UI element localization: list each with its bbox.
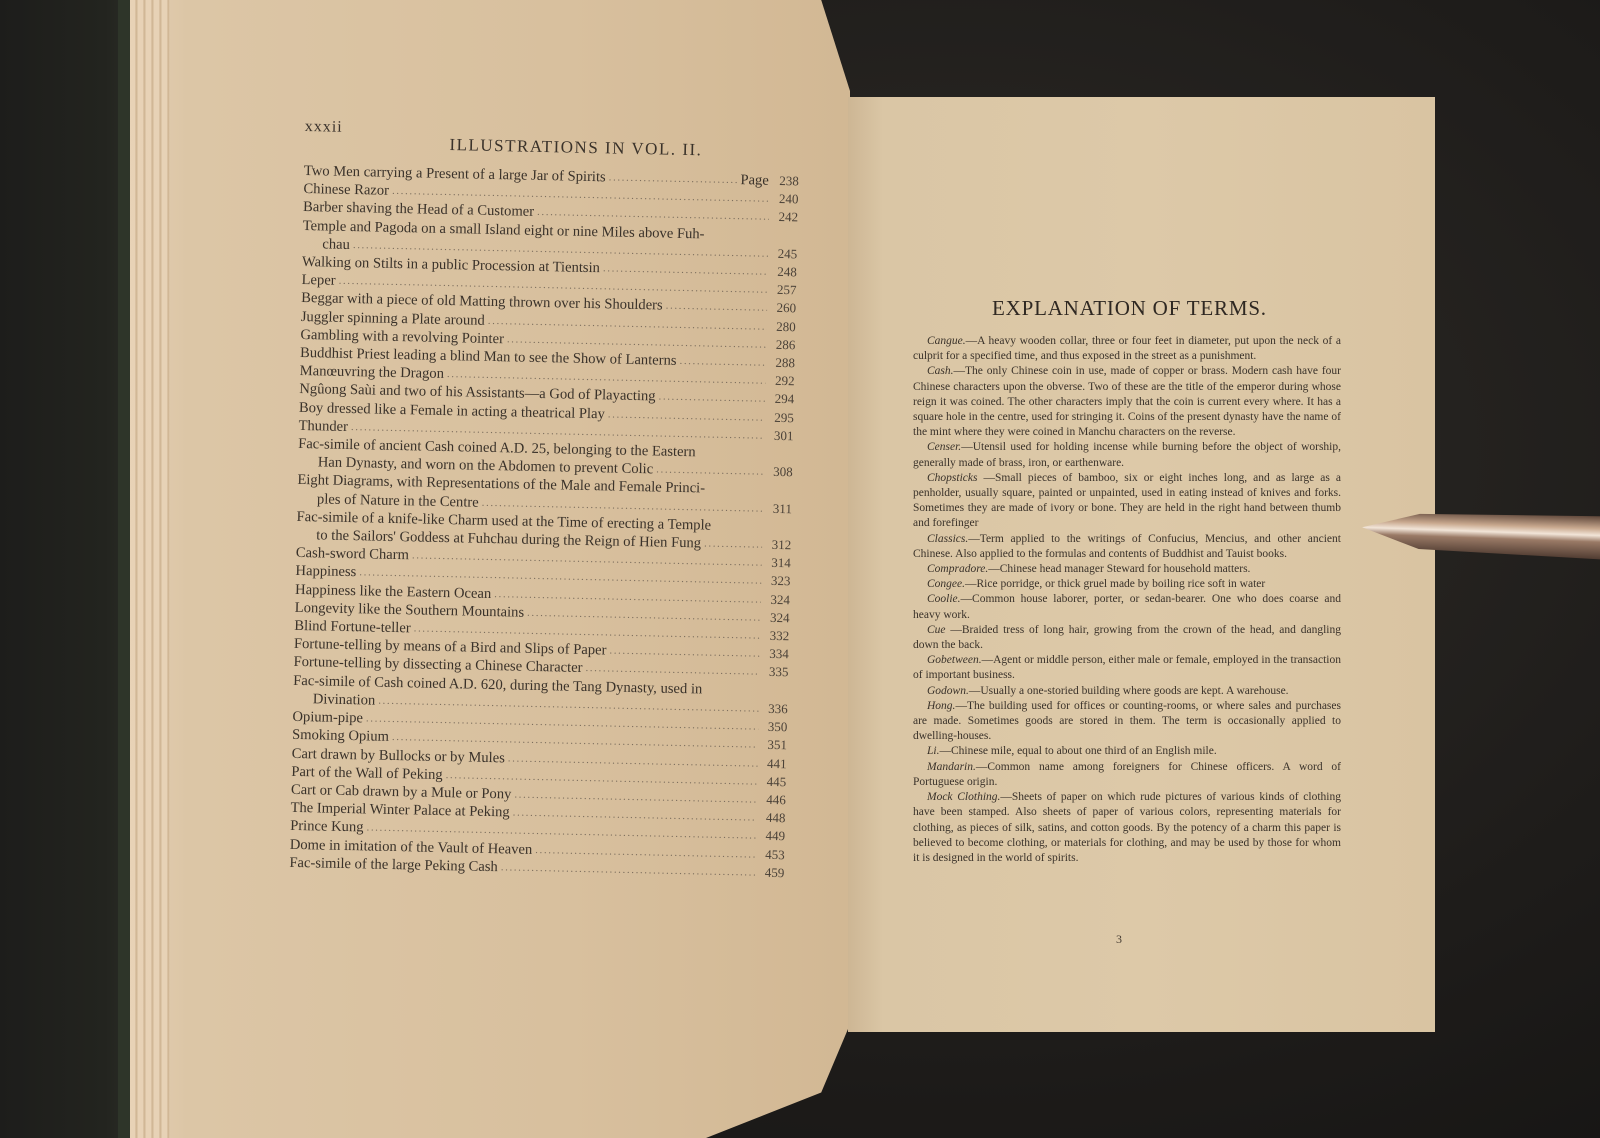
item-page: 286 xyxy=(769,336,795,355)
item-page: 323 xyxy=(764,572,790,591)
item-page: 459 xyxy=(758,863,784,882)
item-page: 314 xyxy=(765,554,791,573)
term-definition: —The only Chinese coin in use, made of c… xyxy=(913,365,1341,438)
item-page: 324 xyxy=(763,609,789,628)
term-definition: —The building used for offices or counti… xyxy=(913,700,1341,742)
item-title: Chinese Razor xyxy=(303,180,389,200)
term-definition: —Common house laborer, porter, or sedan-… xyxy=(913,593,1341,620)
term-definition: —Chinese mile, equal to about one third … xyxy=(939,745,1216,757)
item-page: 240 xyxy=(772,190,798,209)
term-entry: Cash.—The only Chinese coin in use, made… xyxy=(913,364,1341,440)
term-name: Cue xyxy=(927,624,946,636)
item-page: 446 xyxy=(760,791,786,810)
page-stack-edges xyxy=(130,0,170,1138)
term-definition: —Small pieces of bamboo, six or eight in… xyxy=(913,472,1341,530)
term-entry: Godown.—Usually a one-storied building w… xyxy=(913,684,1341,699)
page-label: Page xyxy=(740,171,769,190)
term-name: Censer. xyxy=(927,441,961,453)
term-name: Mock Clothing. xyxy=(927,791,1000,803)
item-page: 336 xyxy=(762,700,788,719)
term-entry: Chopsticks —Small pieces of bamboo, six … xyxy=(913,471,1341,532)
term-definition: —Utensil used for holding incense while … xyxy=(913,441,1341,468)
item-page: 351 xyxy=(761,736,787,755)
item-page: 288 xyxy=(769,354,795,373)
term-name: Godown. xyxy=(927,685,969,697)
item-title-continuation: Divination xyxy=(293,690,376,710)
term-name: Compradore. xyxy=(927,563,988,575)
item-page: 448 xyxy=(759,809,785,828)
item-title: Happiness xyxy=(295,562,356,581)
term-entry: Compradore.—Chinese head manager Steward… xyxy=(913,562,1341,577)
item-page: 324 xyxy=(764,590,790,609)
term-definition: —Chinese head manager Steward for househ… xyxy=(988,563,1250,575)
leader-dots xyxy=(665,297,767,317)
item-page: 441 xyxy=(760,754,786,773)
item-page: 335 xyxy=(762,663,788,682)
leader-dots xyxy=(679,352,766,372)
term-entry: Coolie.—Common house laborer, porter, or… xyxy=(913,592,1341,622)
left-page-content: xxxii ILLUSTRATIONS IN VOL. II. Two Men … xyxy=(289,118,800,882)
term-definition: —A heavy wooden collar, three or four fe… xyxy=(913,335,1341,362)
item-title: Opium-pipe xyxy=(292,708,363,728)
item-title: Prince Kung xyxy=(290,817,364,837)
term-entry: Mock Clothing.—Sheets of paper on which … xyxy=(913,790,1341,866)
term-name: Chopsticks xyxy=(927,472,977,484)
term-name: Gobetween. xyxy=(927,654,982,666)
item-page: 294 xyxy=(768,390,794,409)
item-page: 238 xyxy=(773,172,799,191)
term-name: Mandarin. xyxy=(927,761,976,773)
item-page: 453 xyxy=(758,845,784,864)
term-name: Cangue. xyxy=(927,335,966,347)
term-definition: —Usually a one-storied building where go… xyxy=(969,685,1289,697)
terms-title: EXPLANATION OF TERMS. xyxy=(992,296,1267,321)
page-number: 3 xyxy=(1116,932,1122,947)
item-title: Thunder xyxy=(298,417,348,436)
term-name: Cash. xyxy=(927,365,954,377)
term-definition: —Term applied to the writings of Confuci… xyxy=(913,533,1341,560)
term-entry: Cangue.—A heavy wooden collar, three or … xyxy=(913,334,1341,364)
item-title: Blind Fortune-teller xyxy=(294,617,411,638)
term-name: Classics. xyxy=(927,533,968,545)
item-page: 292 xyxy=(768,372,794,391)
item-page: 301 xyxy=(767,427,793,446)
item-page: 242 xyxy=(772,208,798,227)
item-page: 449 xyxy=(759,827,785,846)
item-page: 245 xyxy=(771,245,797,264)
term-definition: —Braided tress of long hair, growing fro… xyxy=(913,624,1341,651)
terms-list: Cangue.—A heavy wooden collar, three or … xyxy=(913,334,1341,866)
term-entry: Censer.—Utensil used for holding incense… xyxy=(913,440,1341,470)
item-title: Leper xyxy=(301,271,335,290)
term-name: Hong. xyxy=(927,700,955,712)
leader-dots xyxy=(658,388,765,408)
page-title: ILLUSTRATIONS IN VOL. II. xyxy=(449,135,702,160)
item-title: Cash-sword Charm xyxy=(296,544,409,565)
term-name: Li. xyxy=(927,745,939,757)
term-entry: Cue —Braided tress of long hair, growing… xyxy=(913,623,1341,653)
term-name: Congee. xyxy=(927,578,965,590)
item-page: 332 xyxy=(763,627,789,646)
item-page: 312 xyxy=(765,536,791,555)
item-page: 295 xyxy=(768,408,794,427)
item-page: 445 xyxy=(760,772,786,791)
term-entry: Mandarin.—Common name among foreigners f… xyxy=(913,760,1341,790)
item-page: 308 xyxy=(766,463,792,482)
term-definition: —Rice porridge, or thick gruel made by b… xyxy=(965,578,1265,590)
item-page: 248 xyxy=(771,263,797,282)
term-entry: Gobetween.—Agent or middle person, eithe… xyxy=(913,653,1341,683)
term-entry: Classics.—Term applied to the writings o… xyxy=(913,532,1341,562)
item-page: 350 xyxy=(761,718,787,737)
item-page: 334 xyxy=(763,645,789,664)
term-definition: —Common name among foreigners for Chines… xyxy=(913,761,1341,788)
term-name: Coolie. xyxy=(927,593,961,605)
item-title: Smoking Opium xyxy=(292,726,389,746)
item-title-continuation: chau xyxy=(302,235,350,254)
item-page: 280 xyxy=(770,317,796,336)
item-page: 260 xyxy=(770,299,796,318)
term-entry: Congee.—Rice porridge, or thick gruel ma… xyxy=(913,577,1341,592)
term-entry: Li.—Chinese mile, equal to about one thi… xyxy=(913,744,1341,759)
item-page: 311 xyxy=(766,499,792,518)
term-entry: Hong.—The building used for offices or c… xyxy=(913,699,1341,745)
illustrations-list: Two Men carrying a Present of a large Ja… xyxy=(289,162,799,882)
item-page: 257 xyxy=(770,281,796,300)
leader-dots xyxy=(656,461,764,481)
leader-dots xyxy=(704,535,762,554)
